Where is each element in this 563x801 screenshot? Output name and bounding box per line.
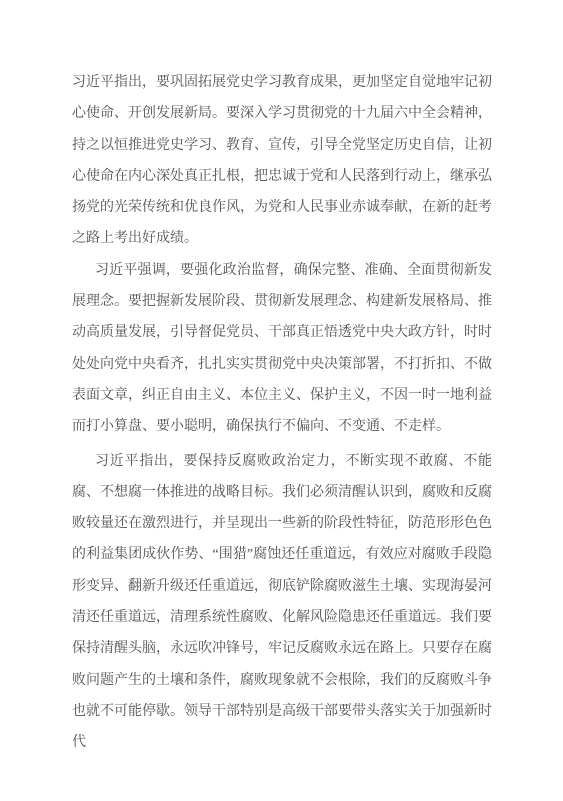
paragraph-2: 习近平强调，要强化政治监督，确保完整、准确、全面贯彻新发展理念。要把握新发展阶段… <box>72 255 492 443</box>
paragraph-3: 习近平指出，要保持反腐败政治定力，不断实现不敢腐、不能腐、不想腐一体推进的战略目… <box>72 446 492 759</box>
document-page: 习近平指出，要巩固拓展党史学习教育成果，更加坚定自觉地牢记初心使命、开创发展新局… <box>0 0 563 801</box>
paragraph-1: 习近平指出，要巩固拓展党史学习教育成果，更加坚定自觉地牢记初心使命、开创发展新局… <box>72 67 492 255</box>
